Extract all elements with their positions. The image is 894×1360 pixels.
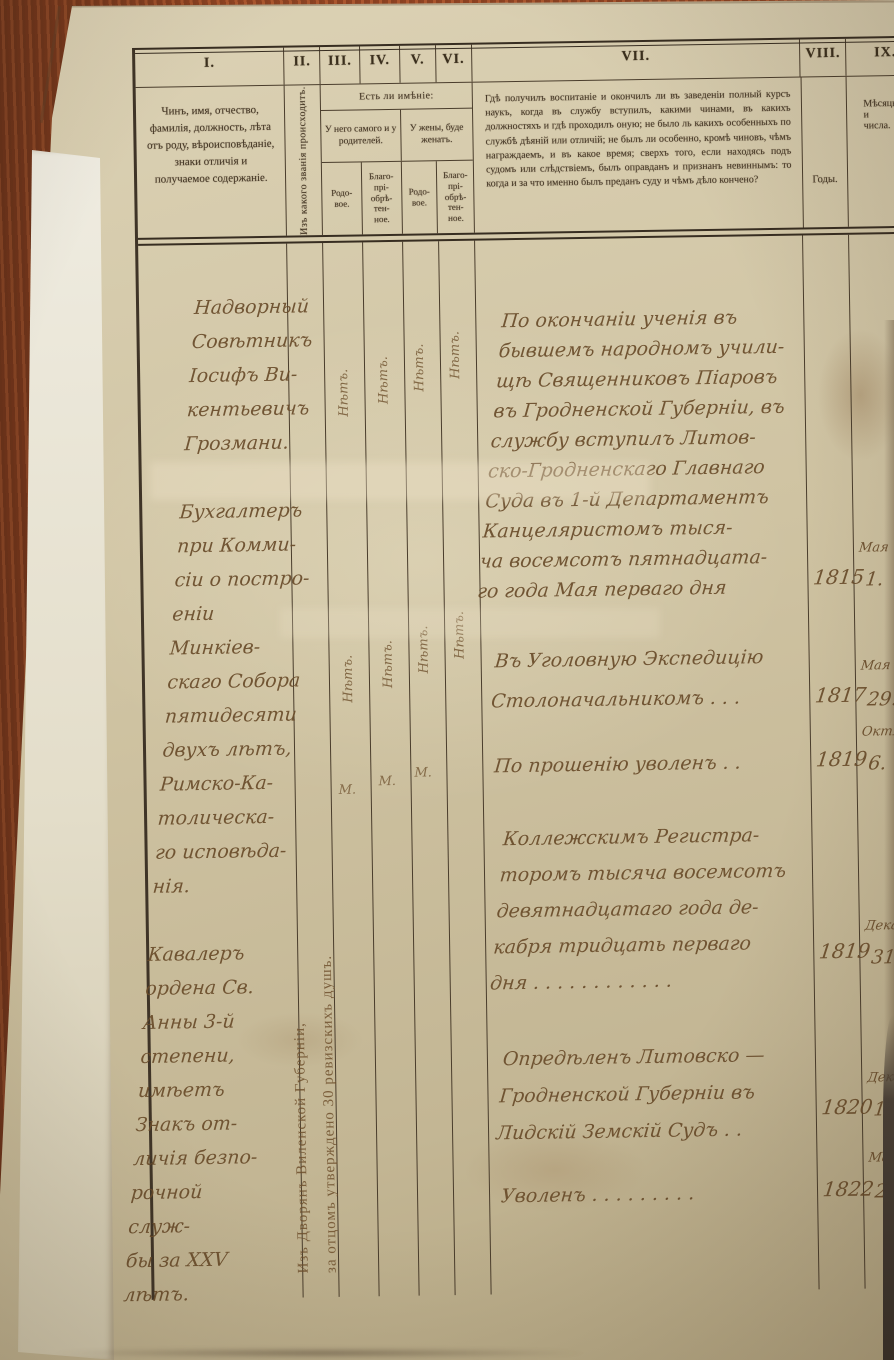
header-estate-wife: У жены, буде женатъ. <box>401 109 473 161</box>
estate-mark-none: Нѣтъ. <box>447 317 468 379</box>
service-record-table: I. II. III. IV. V. VI. VII. VIII. IX. Чи… <box>132 36 894 1300</box>
header-estate-hereditary-self: Родо-вое. <box>322 162 363 235</box>
service-entry-1-text: По окончаніи ученія въбывшемъ народномъ … <box>476 301 818 606</box>
estate-mark-none: Нѣтъ. <box>340 640 361 702</box>
header-rank-name: Чинъ, имя, отчество, фамилія, должность,… <box>136 86 288 238</box>
column-numeral-2: II. <box>284 47 320 85</box>
header-months-days: Мѣсяцыичисла. <box>847 76 894 227</box>
service-entry-4-text: Коллежскимъ Регистра-торомъ тысяча восем… <box>489 816 820 1001</box>
service-entry-3-year: 1819 <box>815 747 862 772</box>
header-origin-vertical-text: Изъ какого званія происходитъ. <box>297 86 310 235</box>
service-entry-6-year: 1822 <box>822 1177 869 1202</box>
header-estate-hereditary-wife: Родо-вое. <box>401 161 438 234</box>
photo-blur-band <box>150 462 650 500</box>
estate-mark-flourish: М. <box>378 774 396 789</box>
photo-blur-band <box>280 608 660 638</box>
page-right-edge-shading <box>884 320 894 1080</box>
header-estate: Есть ли имѣніе: У него самого и у родите… <box>321 83 475 235</box>
header-years: Годы. <box>801 77 849 228</box>
service-entry-6-text: Уволенъ . . . . . . . . . <box>500 1176 818 1211</box>
estate-mark-none: Нѣтъ. <box>336 355 357 417</box>
header-estate-types: Родо-вое. Благо-прі-обрѣ-тен-ное. Родо-в… <box>322 161 474 235</box>
header-service-history: Гдѣ получилъ воспитаніе и окончилъ ли въ… <box>473 77 804 232</box>
service-entry-3-text: По прошенію уволенъ . . <box>493 746 811 781</box>
estate-mark-none: Нѣтъ. <box>411 329 432 391</box>
service-entry-5-year: 1820 <box>820 1095 867 1120</box>
service-entry-1-year: 1815 <box>812 565 859 590</box>
service-entry-2-year: 1817 <box>814 683 861 708</box>
estate-mark-none: Нѣтъ. <box>376 342 397 404</box>
column-numeral-8: VIII. <box>800 39 846 77</box>
column-headers-row: Чинъ, имя, отчество, фамилія, должность,… <box>136 76 894 238</box>
estate-mark-flourish: М. <box>339 783 357 798</box>
header-estate-groups: У него самого и у родителей. У жены, буд… <box>321 109 473 163</box>
page-bottom-fold-shadow <box>50 1348 590 1358</box>
header-estate-acquired-self: Благо-прі-обрѣ-тен-ное. <box>362 162 403 235</box>
service-entry-2-text: Въ Уголовную ЭкспедиціюСтолоначальникомъ… <box>489 636 811 721</box>
service-entry-4-year: 1819 <box>818 939 865 964</box>
record-body: НадворныйСовѣтникъІосифъ Ви-кентьевичъГр… <box>138 234 894 1300</box>
archival-service-record-photo: I. II. III. IV. V. VI. VII. VIII. IX. Чи… <box>0 0 894 1360</box>
column-numeral-5: V. <box>400 45 436 83</box>
header-origin: Изъ какого званія происходитъ. <box>285 85 323 236</box>
header-estate-acquired-wife: Благо-прі-обрѣ-тен-ное. <box>437 161 474 234</box>
estate-mark-flourish: М. <box>414 765 432 780</box>
header-estate-title: Есть ли имѣніе: <box>321 83 472 111</box>
page-right-torn-edge <box>883 1015 894 1360</box>
column-numeral-4: IV. <box>360 46 400 84</box>
column-numeral-6: VI. <box>436 45 472 83</box>
service-entry-5-text: Опредѣленъ Литовско —Гродненской Губерні… <box>495 1036 820 1152</box>
white-paper-strip <box>18 150 114 1360</box>
column-numeral-9: IX. <box>846 38 894 76</box>
header-estate-self: У него самого и у родителей. <box>321 110 401 162</box>
column-numeral-3: III. <box>320 46 360 84</box>
